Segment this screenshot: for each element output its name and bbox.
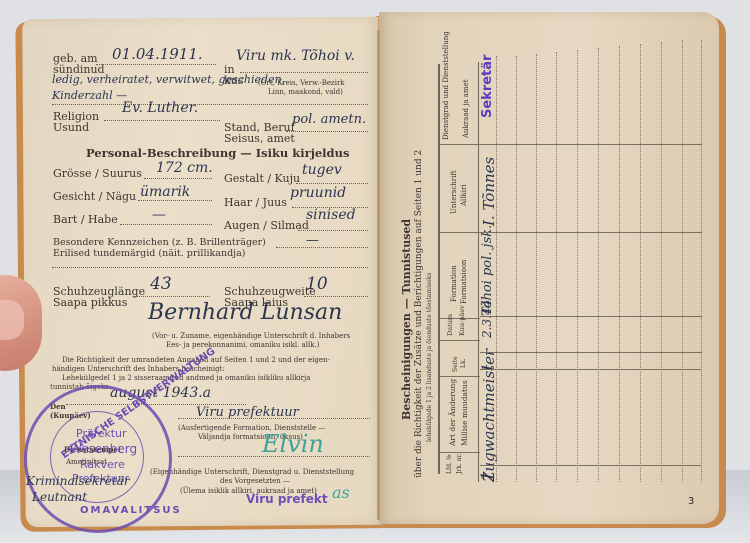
occupation-label-et: Seisus, amet (224, 132, 295, 145)
field-label-build: Gestalt / Kuju (224, 172, 300, 185)
field-value-hair: pruunid (290, 185, 346, 201)
marital-status: ledig, verheiratet, verwitwet, geschiede… (52, 73, 285, 86)
col-date-de: Datum (446, 314, 454, 336)
prefect-stamp: Viru prefekt (246, 492, 328, 506)
field-label-hair: Haar / Juus (224, 196, 287, 209)
field-value-height: 172 cm. (156, 160, 213, 176)
religion-value: Ev. Luther. (122, 100, 198, 116)
rank-handwritten-1: Kriminalsekretär (26, 474, 130, 488)
religion-label-et: Usund (53, 121, 89, 134)
official-caption-de-1: (Eigenhändige Unterschrift, Dienstgrad u… (150, 468, 354, 476)
stamp-center-2: Wesenberg (70, 442, 137, 456)
right-page (379, 12, 719, 524)
official-signature: Elvin (262, 430, 324, 458)
shoe-length-label-et: Saapa pikkus (53, 296, 127, 309)
col-no-de: Lfd. № (446, 454, 453, 474)
booklet-spine (377, 30, 380, 520)
right-page-title: Bescheinigungen — Tunnistused (400, 219, 413, 420)
signature-caption-et: Ees- ja perekonnanimi, omaniku isikl. al… (166, 341, 319, 349)
col-rank-et: Aukraad ja amet (462, 79, 470, 138)
official-caption-de-2: des Vorgesetzten — (220, 477, 290, 485)
field-value-eyes: sinised (306, 207, 356, 223)
prefect-initial: as (332, 483, 350, 502)
field-label-face: Gesicht / Nägu (53, 190, 136, 203)
col-signature-et: Allkiri (460, 184, 468, 206)
field-label-eyes: Augen / Silmad (224, 219, 309, 232)
entry-rank: Sekretär (480, 55, 495, 118)
occupation-value: pol. ametn. (292, 112, 366, 127)
signature-caption-de: (Vor- u. Zuname, eigenhändige Unterschri… (152, 332, 350, 340)
stamp-center-3: Rakvere (80, 458, 125, 471)
col-signature-de: Unterschrift (450, 170, 458, 214)
marks-label-et: Erilised tundemärgid (näit. prillikandja… (53, 248, 245, 259)
field-value-face: ümarik (140, 184, 190, 200)
birth-place: Viru mk. Tõhoi v. (236, 48, 355, 64)
entry-date: 2.3.44 (480, 300, 494, 338)
holder-signature: Bernhard Lunsan (148, 300, 342, 325)
right-page-subtitle-de: über die Richtigkeit der Zusätze und Ber… (414, 150, 424, 478)
field-value-build: tugev (302, 162, 342, 178)
col-page-de: Seite (452, 356, 459, 372)
col-change-de: Art der Änderung (448, 379, 457, 446)
stamp-ring-bottom: OMAVALITSUS (80, 505, 182, 516)
marks-value: — (306, 233, 319, 248)
col-change-et: Millise muudatus (460, 380, 469, 446)
place-hint-et: Linn, maakond, vald) (268, 88, 343, 96)
table-header-line (478, 62, 479, 482)
col-formation-de: Formation (450, 265, 458, 302)
col-date-et: Kuu-päev (458, 305, 466, 336)
right-page-subtitle-et: lehekülgede 1 ja 2 lisanduste ja õiendus… (426, 273, 433, 442)
stamp-center-1: Präfektur (76, 427, 127, 440)
col-rank-de: Dienstgrad und Dienststellung (442, 31, 451, 140)
marks-label-de: Besondere Kennzeichen (z. B. Brillenträg… (53, 237, 266, 248)
field-value-beard: — (152, 207, 166, 223)
field-label-beard: Bart / Habe (53, 213, 118, 226)
description-heading: Personal-Beschreibung — Isiku kirjeldus (86, 146, 349, 160)
children-count: Kinderzahl — (52, 89, 127, 102)
thumbnail-nail (0, 300, 24, 340)
field-label-height: Grösse / Suurus (53, 167, 142, 180)
table-left-border (438, 64, 440, 474)
col-formation-et: Formatsioon (460, 260, 468, 304)
shoe-length-value: 43 (150, 274, 172, 294)
rank-handwritten-2: Leutnant (32, 490, 87, 504)
birth-date: 01.04.1911. (112, 45, 203, 63)
shoe-width-value: 10 (306, 274, 328, 294)
col-no-et: Jrk. nr. (456, 453, 463, 474)
page-number: 3 (688, 496, 694, 507)
col-page-et: Lk. (460, 358, 467, 368)
